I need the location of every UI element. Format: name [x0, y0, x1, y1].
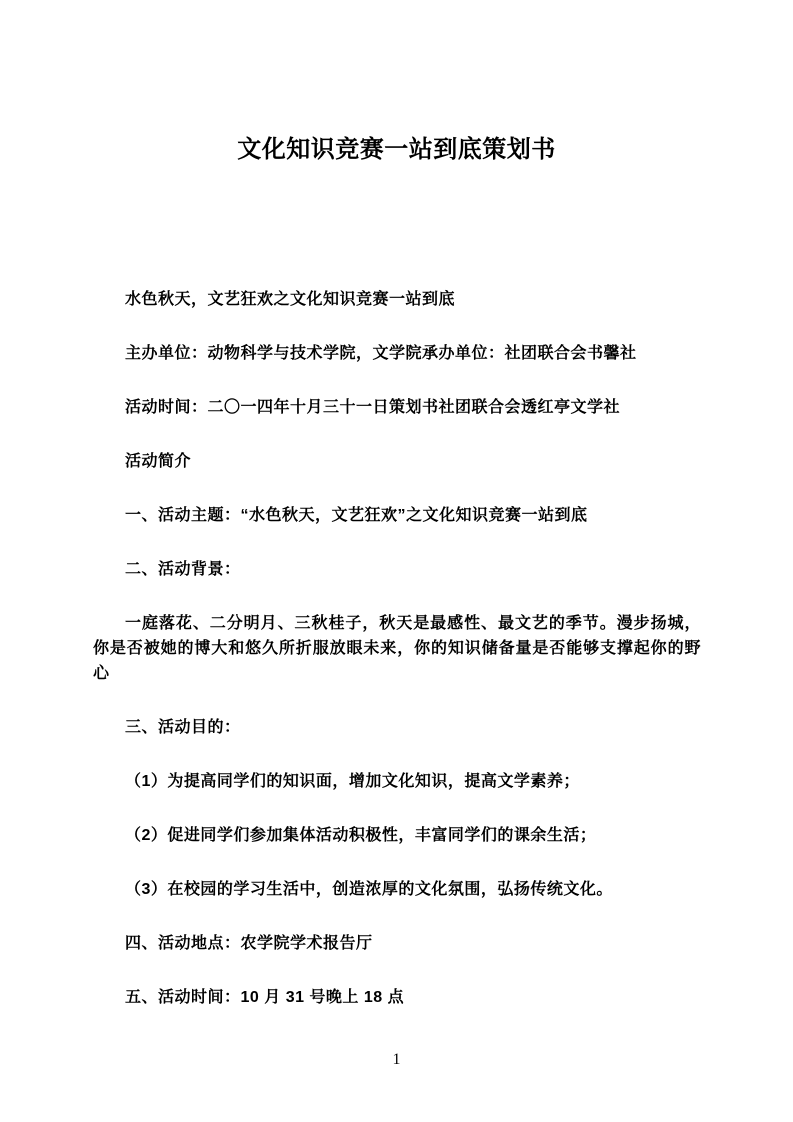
paragraph-organizer: 主办单位：动物科学与技术学院，文学院承办单位：社团联合会书馨社: [93, 341, 701, 366]
paragraph-section-5-time: 五、活动时间：10 月 31 号晚上 18 点: [93, 985, 701, 1010]
document-body: 水色秋天，文艺狂欢之文化知识竞赛一站到底 主办单位：动物科学与技术学院，文学院承…: [93, 287, 701, 1039]
document-page: 文化知识竞赛一站到底策划书 水色秋天，文艺狂欢之文化知识竞赛一站到底 主办单位：…: [0, 0, 793, 1122]
paragraph-purpose-item-3: （3）在校园的学习生活中，创造浓厚的文化氛围，弘扬传统文化。: [93, 877, 701, 902]
document-title: 文化知识竞赛一站到底策划书: [0, 136, 793, 164]
paragraph-section-3-purpose: 三、活动目的：: [93, 715, 701, 740]
paragraph-section-1-theme: 一、活动主题：“水色秋天，文艺狂欢”之文化知识竞赛一站到底: [93, 503, 701, 528]
paragraph-background-body: 一庭落花、二分明月、三秋桂子，秋天是最感性、最文艺的季节。漫步扬城，你是否被她的…: [93, 611, 701, 686]
paragraph-section-4-location: 四、活动地点：农学院学术报告厅: [93, 931, 701, 956]
paragraph-date: 活动时间：二〇一四年十月三十一日策划书社团联合会透红亭文学社: [93, 395, 701, 420]
paragraph-subtitle: 水色秋天，文艺狂欢之文化知识竞赛一站到底: [93, 287, 701, 312]
paragraph-purpose-item-1: （1）为提高同学们的知识面，增加文化知识，提高文学素养；: [93, 769, 701, 794]
paragraph-intro-heading: 活动简介: [93, 449, 701, 474]
paragraph-purpose-item-2: （2）促进同学们参加集体活动积极性，丰富同学们的课余生活；: [93, 823, 701, 848]
page-number: 1: [0, 1051, 793, 1069]
paragraph-section-2-background: 二、活动背景：: [93, 557, 701, 582]
